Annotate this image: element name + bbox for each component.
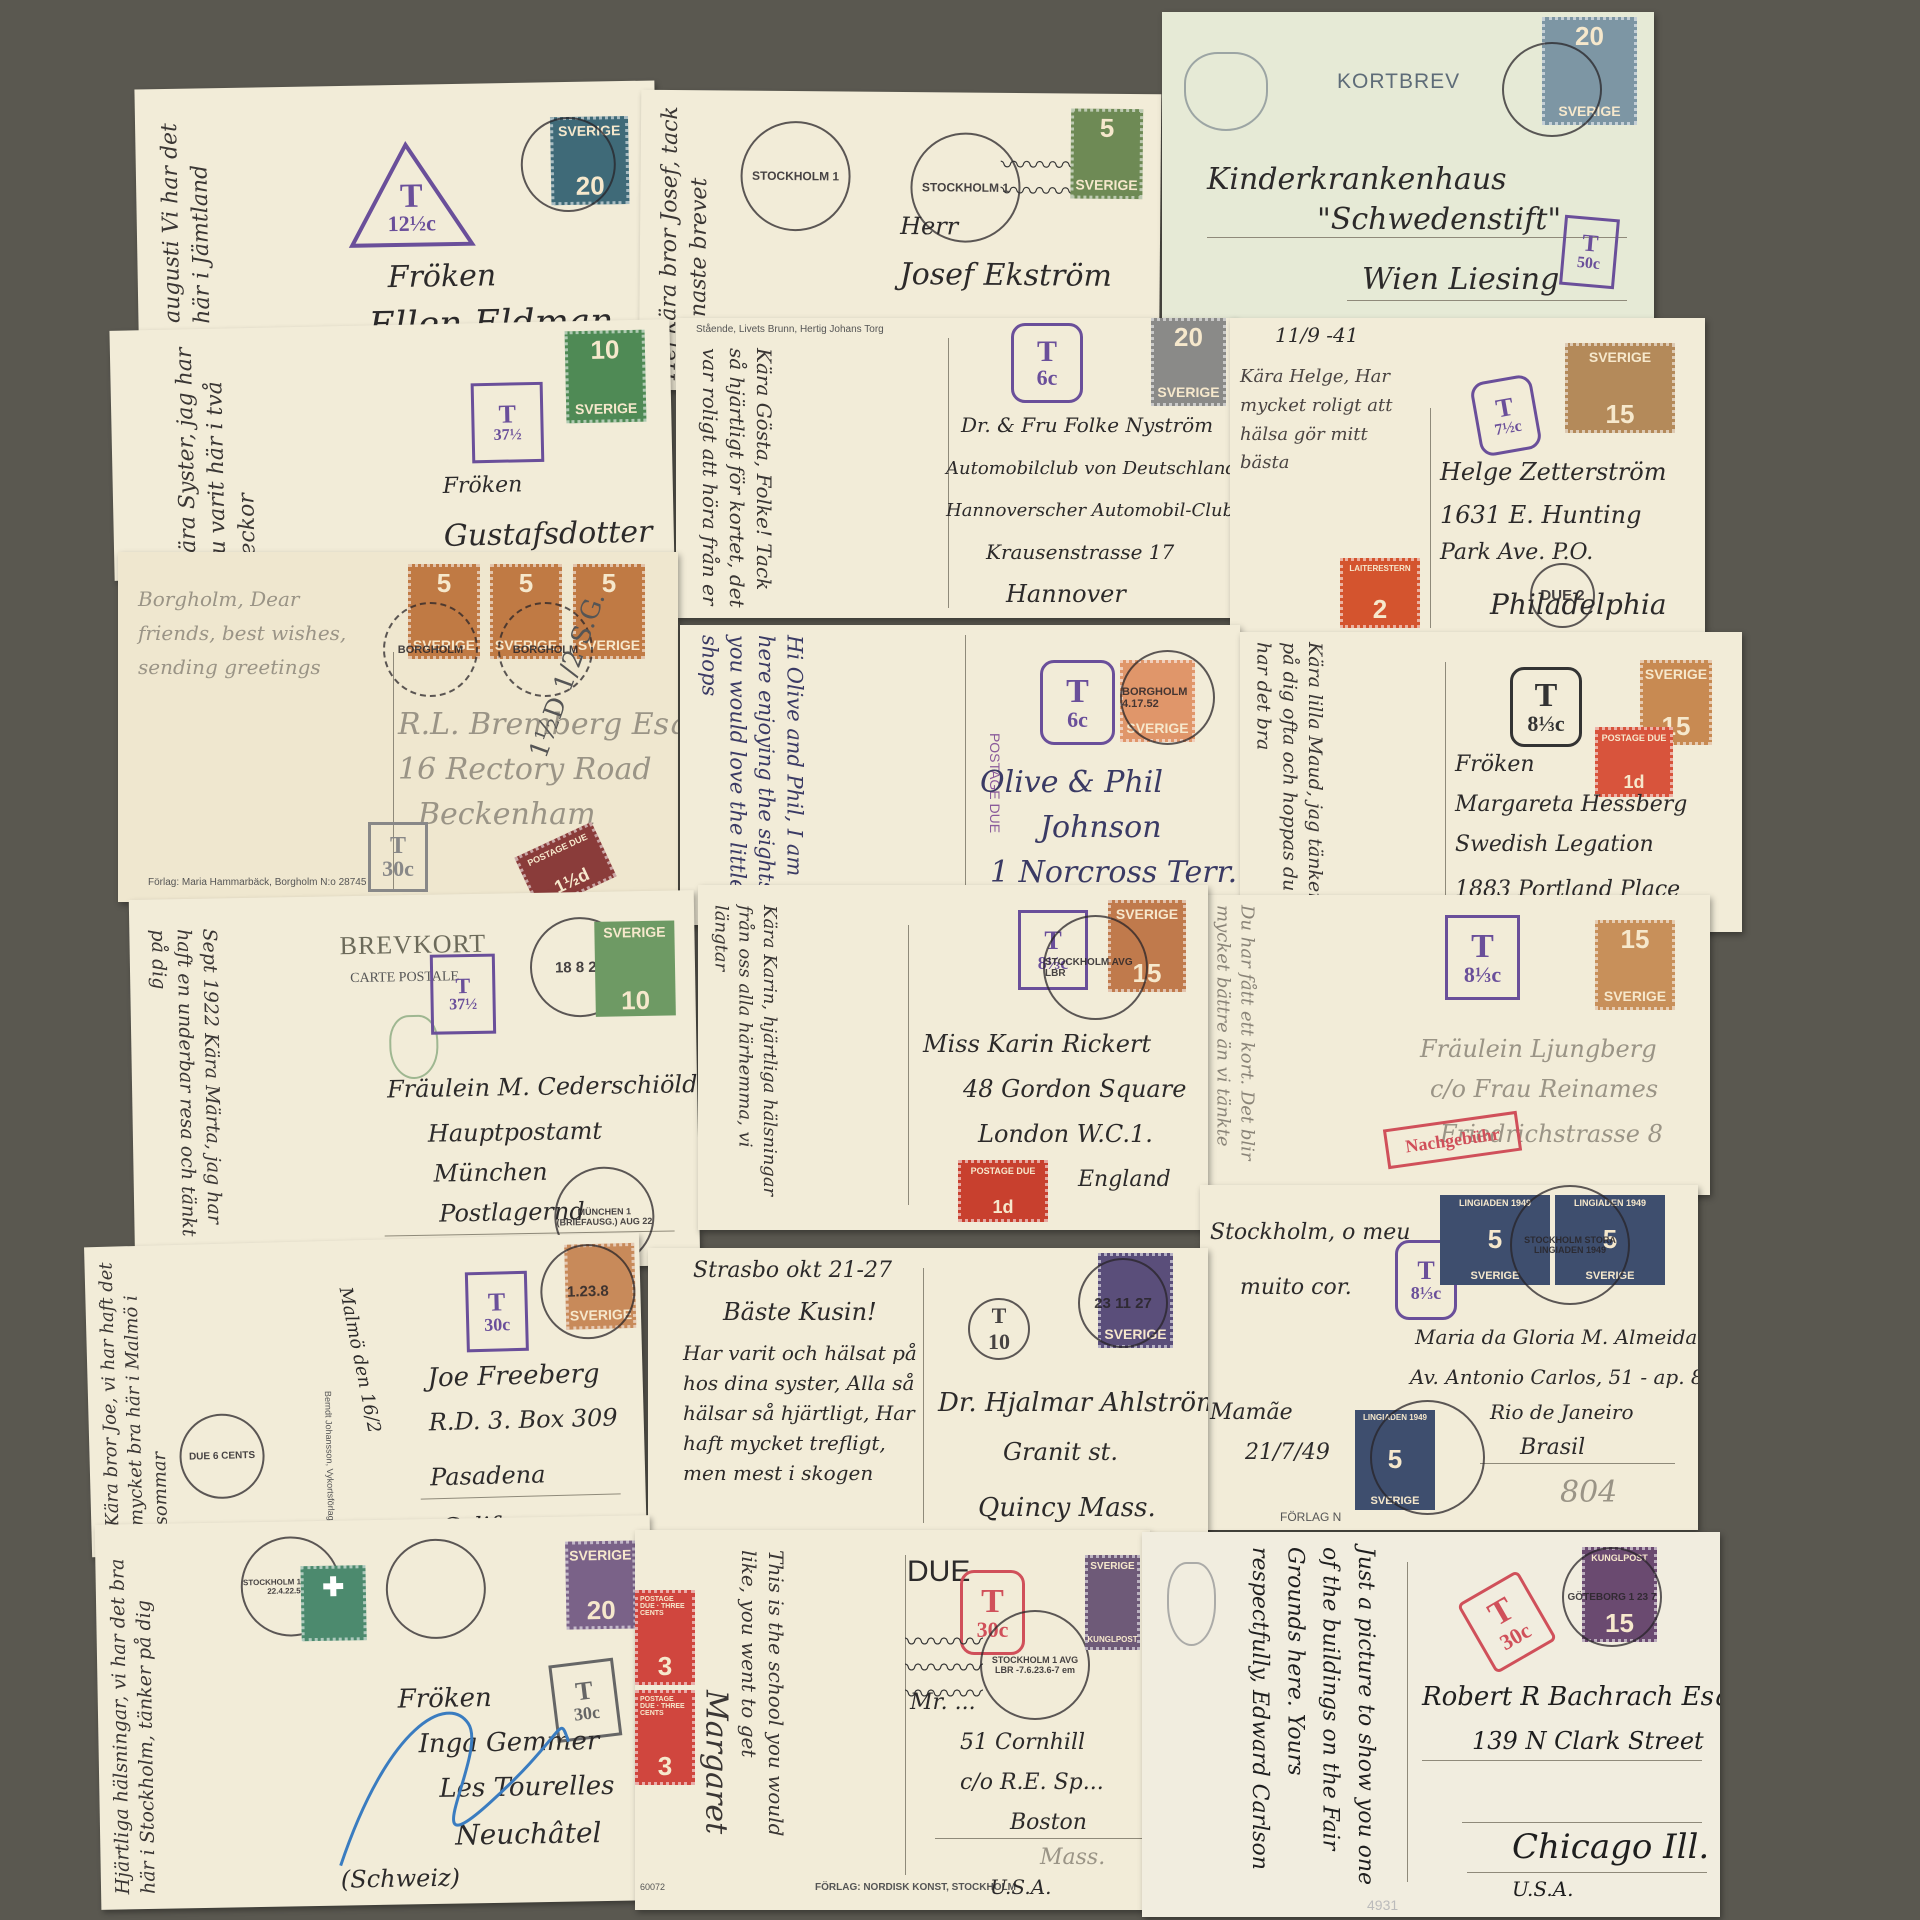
arrival-postmark: DUE 6 CENTS: [178, 1413, 265, 1500]
address-rule: [1422, 1760, 1702, 1761]
address-line: Robert R Bachrach Esq.: [1422, 1682, 1720, 1712]
postage-stamp: SVERIGE KUNGLPOST: [1085, 1555, 1140, 1650]
address-line: Mr. ...: [910, 1690, 976, 1715]
message-handwriting: This is the school you would like, you w…: [735, 1550, 789, 1850]
due-mark: T 8⅓c: [1510, 667, 1582, 747]
blue-crayon-scribble: [328, 1681, 591, 1886]
divider-line: [1445, 662, 1446, 922]
address-line: Dr. & Fru Folke Nyström: [961, 413, 1213, 437]
swiss-postage-due-stamp: ✚: [300, 1565, 366, 1641]
message-handwriting: Borgholm, Dear friends, best wishes, sen…: [138, 582, 378, 684]
address-rule: [1347, 300, 1627, 301]
stamp-country: SVERIGE: [603, 924, 666, 941]
address-line: Philadelphia: [1490, 588, 1667, 621]
address-line: Hannoverscher Automobil-Club: [946, 500, 1234, 521]
stamp-value: 15: [1621, 926, 1650, 952]
address-line: 16 Rectory Road: [398, 752, 652, 787]
stamp-country: SVERIGE: [1604, 988, 1666, 1004]
due-t: T: [1417, 1258, 1434, 1284]
address-line: Kinderkrankenhaus: [1207, 162, 1507, 197]
due-amount: 6c: [1067, 709, 1088, 731]
address-line: Johnson: [1040, 810, 1162, 845]
due-stamp-value: 3: [658, 1653, 672, 1679]
due-stamp-value: 1d: [992, 1198, 1013, 1216]
stamp-country: SVERIGE: [1157, 384, 1219, 400]
address-line: 48 Gordon Square: [963, 1075, 1186, 1103]
postcard-boston: POSTAGE DUE · THREE CENTS 3 POSTAGE DUE …: [635, 1530, 1150, 1910]
stamp-value: 10: [621, 987, 650, 1014]
due-t: T: [455, 975, 470, 997]
address-line: 1631 E. Hunting: [1440, 501, 1641, 529]
divider-line: [905, 1555, 906, 1875]
due-t: T: [488, 1289, 506, 1315]
postmark: STOCKHOLM AVG LBR: [1043, 915, 1148, 1020]
address-line: Rio de Janeiro: [1490, 1400, 1634, 1424]
due-amount: 8⅓c: [1411, 1284, 1442, 1302]
kortbrev-letter-card: KORTBREV 20 SVERIGE Kinderkrankenhaus "S…: [1162, 12, 1654, 324]
stamp-country: SVERIGE: [1116, 906, 1178, 922]
publisher-line: FÖRLAG N: [1280, 1510, 1341, 1524]
due-stamp-value: 2: [1373, 596, 1387, 622]
divider-line: [965, 635, 966, 915]
postcard-maria-gloria: Stockholm, o meu muito cor. Mamãe 21/7/4…: [1200, 1185, 1698, 1530]
address-rule: [1480, 1463, 1675, 1464]
due-amount: 37½: [494, 427, 522, 444]
address-line: Wien Liesing: [1362, 262, 1559, 297]
postage-due-stamp: POSTAGE DUE 1d: [1595, 727, 1673, 797]
postcard-hjalmar-ahlstrom: Strasbo okt 21-27 Bäste Kusin! Har varit…: [648, 1248, 1208, 1538]
stamp-country: SVERIGE: [1471, 1270, 1520, 1282]
due-stamp-label: LAITERESTERN: [1349, 564, 1410, 573]
postage-stamp: SVERIGE 15: [1565, 343, 1675, 433]
card-header: Strasbo okt 21-27: [693, 1258, 892, 1283]
postage-stamp: 5 SVERIGE: [1070, 108, 1143, 199]
postcard-karin-rickert: Kära Karin, hjärtliga hälsningar från os…: [698, 885, 1208, 1230]
stamp-country: SVERIGE: [1589, 349, 1651, 365]
message-handwriting: Hjärtliga hälsningar, vi har det bra här…: [105, 1544, 162, 1895]
due-stamp-label: POSTAGE DUE · THREE CENTS: [640, 1696, 690, 1717]
stamp-value: 10: [590, 336, 619, 363]
stamp-country: SVERIGE: [1645, 666, 1707, 682]
address-line: Hannover: [1006, 580, 1126, 608]
address-line: U.S.A.: [990, 1875, 1052, 1899]
due-amount: 8⅓c: [1464, 964, 1501, 986]
publisher-line: Stående, Livets Brunn, Hertig Johans Tor…: [696, 324, 884, 335]
due-mark: T 12½c: [350, 139, 472, 246]
postmark: BORGHOLM: [383, 602, 478, 697]
due-amount: 8⅓c: [1527, 713, 1564, 735]
address-line: Granit st.: [1003, 1438, 1118, 1466]
address-line: Joe Freeberg: [427, 1359, 600, 1393]
due-amount: 30c: [484, 1315, 510, 1334]
coat-of-arms-icon: [1184, 52, 1268, 131]
address-line: c/o Frau Reinames: [1430, 1075, 1658, 1103]
stamp-value: 20: [587, 1597, 616, 1624]
address-line: Fröken: [443, 472, 523, 499]
greeting: Bäste Kusin!: [723, 1298, 877, 1326]
us-postage-due-stamp: POSTAGE DUE · THREE CENTS 3: [635, 1590, 695, 1685]
due-amount: 30c: [382, 858, 414, 880]
crown-crest-icon: [1167, 1562, 1216, 1646]
address-line: Mass.: [1040, 1845, 1105, 1870]
due-t: T: [1066, 675, 1089, 709]
stamp-value: 5: [437, 570, 451, 596]
divider-line: [923, 1268, 924, 1523]
address-line: Park Ave. P.O.: [1440, 540, 1593, 565]
address-line: Av. Antonio Carlos, 51 - ap. 809: [1410, 1365, 1698, 1389]
due-amount: 50c: [1576, 255, 1600, 273]
postage-due-stamp: POSTAGE DUE 1½d: [514, 822, 616, 902]
stamp-value: 5: [519, 570, 533, 596]
due-t: T: [1535, 679, 1558, 713]
stamp-label: KUNGLPOST: [1087, 1635, 1137, 1644]
message-handwriting: Kära bror Joe, vi har haft det mycket br…: [94, 1255, 174, 1527]
stamp-country: SVERIGE: [575, 400, 638, 417]
address-line: Quincy Mass.: [978, 1493, 1156, 1523]
address-line: London W.C.1.: [978, 1120, 1153, 1148]
stamp-value: 5: [1488, 1226, 1502, 1252]
postcard-margareta: Kära lilla Maud, jag tänker på dig ofta …: [1240, 632, 1742, 932]
due-t: T: [1471, 930, 1494, 964]
due-amount: 6c: [1037, 367, 1058, 389]
signature: Margaret: [695, 1690, 736, 1834]
address-line: Margareta Hessberg: [1455, 792, 1687, 817]
address-line: Beckenham: [418, 797, 596, 832]
message-handwriting: Har varit och hälsat på hos dina syster,…: [683, 1338, 923, 1488]
due-t: T: [400, 179, 423, 213]
due-stamp-label: POSTAGE DUE: [1602, 733, 1667, 743]
address-rule: [1462, 1822, 1702, 1823]
pencil-note: 804: [1560, 1475, 1617, 1510]
address-line: Hauptpostamt: [428, 1117, 603, 1148]
postmark: STOCKHOLM 1 AVG LBR -7.6.23.6-7 em: [980, 1610, 1090, 1720]
address-line: Helge Zetterström: [1440, 458, 1667, 486]
address-line: Fräulein M. Cederschiöld: [387, 1070, 698, 1103]
date-text: 11/9 -41: [1275, 323, 1358, 347]
postage-stamp: 15 SVERIGE: [1595, 920, 1675, 1010]
postcard-folke-nystrom: Stående, Livets Brunn, Hertig Johans Tor…: [676, 318, 1236, 618]
due-t: T: [992, 1303, 1007, 1329]
message-line: 21/7/49: [1245, 1440, 1330, 1465]
postage-stamp: 10 SVERIGE: [565, 330, 647, 424]
address-line: Maria da Gloria M. Almeida: [1415, 1325, 1697, 1349]
due-t: T: [1581, 231, 1599, 256]
address-line: Dr. Hjalmar Ahlström: [938, 1388, 1208, 1418]
address-line: Swedish Legation: [1455, 832, 1654, 857]
postage-stamp: SVERIGE 20: [565, 1540, 637, 1629]
due-stamp-value: 3: [658, 1753, 672, 1779]
due-amount: 37½: [449, 997, 477, 1013]
message-handwriting: Kära Gösta, Folke! Tack så hjärtligt för…: [696, 348, 777, 608]
due-t: T: [1037, 337, 1057, 367]
us-postage-due-stamp: POSTAGE DUE · THREE CENTS 3: [635, 1690, 695, 1785]
message-handwriting: Kära lilla Maud, jag tänker på dig ofta …: [1250, 642, 1327, 922]
due-t: T: [1494, 393, 1516, 422]
message-handwriting: Du har fått ett kort. Det blir mycket bä…: [1210, 905, 1259, 1185]
due-mark: T 8⅓c: [1445, 915, 1520, 1000]
due-mark: T 30c: [368, 822, 428, 892]
due-mark: T 37½: [430, 954, 496, 1035]
divider-line: [1407, 1562, 1408, 1882]
address-line: Fröken: [1455, 752, 1535, 777]
card-title: KORTBREV: [1337, 70, 1460, 94]
stamp-country: SVERIGE: [1075, 177, 1137, 194]
stamp-value: 15: [1606, 401, 1635, 427]
due-stamp-label: POSTAGE DUE · THREE CENTS: [640, 1596, 690, 1617]
divider-line: [1430, 408, 1431, 628]
address-line: Brasil: [1520, 1435, 1585, 1460]
due-stamp-label: POSTAGE DUE: [971, 1166, 1036, 1176]
address-line: Miss Karin Rickert: [923, 1030, 1151, 1058]
stamp-country: SVERIGE: [569, 1547, 632, 1564]
postcard-fraulein-reinames: Du har fått ett kort. Det blir mycket bä…: [1200, 895, 1710, 1195]
stamp-value: 20: [1575, 23, 1604, 49]
publisher-line: FÖRLAG: NORDISK KONST, STOCKHOLM: [815, 1882, 1016, 1893]
due-mark: T 6c: [1040, 660, 1115, 745]
address-line: Olive & Phil: [980, 765, 1163, 800]
due-amount: 10: [988, 1329, 1010, 1355]
address-line: Automobilclub von Deutschland: [946, 458, 1236, 479]
due-t: T: [981, 1585, 1004, 1619]
message-handwriting: Just a picture to show you one of the bu…: [1242, 1547, 1383, 1907]
stamp-value: 5: [1100, 115, 1115, 141]
address-line: Fräulein Ljungberg: [1420, 1035, 1657, 1063]
postage-due-stamp: LAITERESTERN 2: [1340, 558, 1420, 628]
address-line: Gustafsdotter: [443, 515, 652, 554]
address-line: Pasadena: [430, 1460, 546, 1491]
due-t: T: [390, 834, 406, 858]
stamp-country: SVERIGE: [1090, 1561, 1134, 1572]
nachgebuhr-text: Nachgebühr: [1404, 1124, 1501, 1155]
due-amount: 12½c: [387, 212, 436, 235]
message-handwriting: Kära Syster, jag har nu varit här i två …: [170, 338, 264, 570]
message-handwriting: Hi Olive and Phil, I am here enjoying th…: [695, 635, 808, 915]
address-line: c/o R.E. Sp...: [960, 1770, 1104, 1795]
address-line: "Schwedenstift": [1317, 202, 1561, 237]
postage-due-stamp: POSTAGE DUE 1d: [958, 1160, 1048, 1222]
due-mark: T 37½: [471, 382, 545, 463]
date-text: Malmö den 16/2: [335, 1285, 385, 1435]
postcard-joe-freeberg: Kära bror Joe, vi har haft det mycket br…: [84, 1233, 647, 1557]
due-stamp-value: 1d: [1623, 773, 1644, 791]
postage-stamp: 20 SVERIGE: [1151, 318, 1226, 406]
due-t: T: [498, 401, 516, 427]
message-line: Stockholm, o meu: [1210, 1220, 1410, 1245]
address-line: Chicago Ill.: [1512, 1827, 1709, 1867]
address-line: München: [433, 1158, 548, 1188]
postcard-chicago: Just a picture to show you one of the bu…: [1142, 1532, 1720, 1917]
address-line: 139 N Clark Street: [1472, 1727, 1704, 1755]
machine-cancel-lines: 〰〰〰〰〰〰: [1000, 153, 1078, 206]
message-handwriting: Kära Karin, hjärtliga hälsningar från os…: [708, 905, 781, 1215]
due-mark: T 7½c: [1469, 373, 1543, 458]
postmark: GÖTEBORG 1 23 7: [1562, 1547, 1662, 1647]
postmark: [385, 1538, 487, 1640]
address-rule: [935, 1838, 1145, 1839]
address-line: Krausenstrasse 17: [986, 540, 1174, 564]
address-rule: [1467, 1872, 1707, 1873]
postmark: 23 11 27: [1078, 1258, 1168, 1348]
publisher-line: Förlag: Maria Hammarbäck, Borgholm N:o 2…: [148, 877, 366, 888]
address-line: Fröken: [387, 258, 496, 295]
postmark: STOCKHOLM 1: [740, 121, 851, 232]
card-number: 60072: [640, 1882, 665, 1892]
nachgebuhr-stamp: Nachgebühr: [1383, 1111, 1522, 1169]
address-line: Boston: [1010, 1810, 1087, 1835]
message-handwriting: Kära Helge, Har mycket roligt att hälsa …: [1240, 363, 1420, 478]
address-rule: [421, 1493, 621, 1499]
due-mark: T 30c: [1457, 1570, 1558, 1674]
address-line: 51 Cornhill: [960, 1730, 1085, 1755]
address-line: England: [1078, 1167, 1171, 1192]
message-line: Mamãe: [1210, 1400, 1293, 1425]
divider-line: [908, 925, 909, 1205]
stamp-value: 5: [602, 570, 616, 596]
stamp-value: 20: [1174, 324, 1203, 350]
address-line: U.S.A.: [1512, 1877, 1574, 1901]
postcard-helge-zetterstrom: 11/9 -41 Kära Helge, Har mycket roligt a…: [1230, 318, 1705, 636]
postmark: BORGHOLM 4.17.52: [1120, 650, 1215, 745]
postage-stamp: SVERIGE 10: [594, 920, 676, 1016]
postcard-green-10ore: Kära Syster, jag har nu varit här i två …: [109, 319, 674, 581]
pencil-number: 4931: [1367, 1897, 1398, 1913]
address-line: Josef Ekström: [900, 257, 1113, 294]
address-line: Herr: [900, 212, 958, 241]
stamp-label: LINGIADEN 1949: [1459, 1198, 1531, 1208]
due-stamp-label: POSTAGE DUE: [526, 832, 589, 868]
due-mark: T 10: [968, 1298, 1030, 1360]
due-mark: T 50c: [1559, 215, 1620, 290]
due-amount: 7½c: [1494, 418, 1523, 438]
message-line: muito cor.: [1240, 1275, 1352, 1300]
due-mark: T 30c: [465, 1271, 529, 1353]
postcard-olive-phil: Hi Olive and Phil, I am here enjoying th…: [680, 625, 1240, 925]
swiss-cross-icon: ✚: [322, 1572, 344, 1603]
postcard-brevkort: Sept 1922 Kära Märta, jag har haft en un…: [129, 890, 700, 1275]
message-handwriting: Sept 1922 Kära Märta, jag har haft en un…: [144, 928, 226, 1249]
postmark: [1502, 42, 1602, 137]
postcard-schweiz: Hjärtliga hälsningar, vi har det bra här…: [95, 1515, 657, 1910]
postmark: STOCKHOLM STORA LINGIADEN 1949: [1510, 1185, 1630, 1305]
postmark: [1370, 1400, 1485, 1515]
due-mark: T 6c: [1011, 323, 1083, 403]
address-line: R.D. 3. Box 309: [428, 1403, 618, 1436]
postcard-borgholm: Borgholm, Dear friends, best wishes, sen…: [118, 552, 678, 902]
